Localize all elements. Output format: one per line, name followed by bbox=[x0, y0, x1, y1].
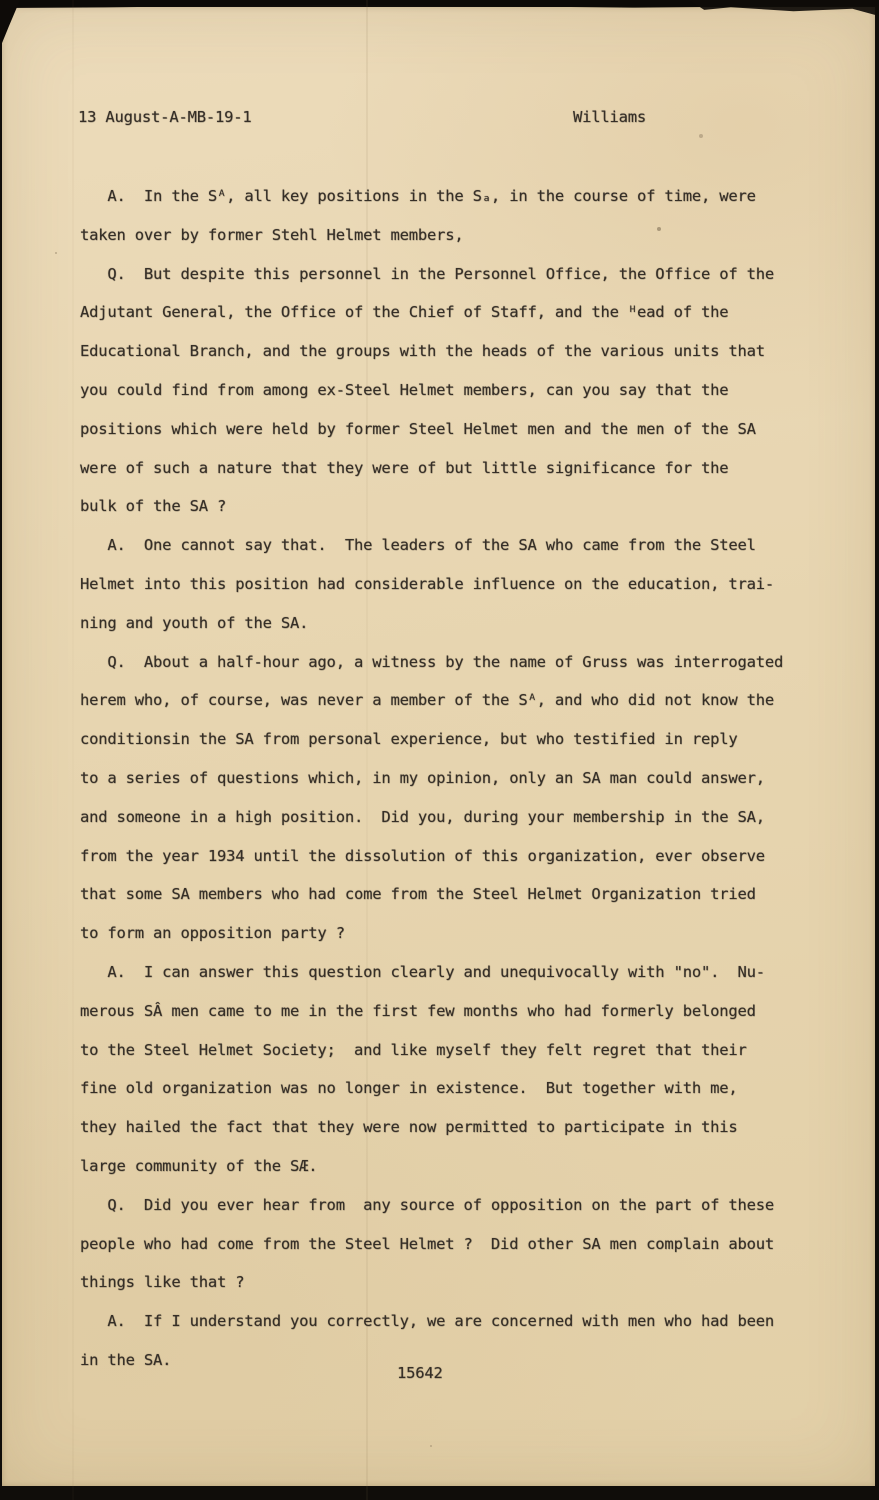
transcript-line: Q. About a half-hour ago, a witness by t… bbox=[80, 643, 820, 682]
transcript-line: A. I can answer this question clearly an… bbox=[80, 953, 820, 992]
transcript-line: and someone in a high position. Did you,… bbox=[80, 798, 820, 837]
reporter-name: Williams bbox=[573, 108, 646, 126]
transcript-line: bulk of the SA ? bbox=[80, 487, 820, 526]
transcript-line: from the year 1934 until the dissolution… bbox=[80, 837, 820, 876]
transcript-line: ning and youth of the SA. bbox=[80, 604, 820, 643]
transcript-line: A. One cannot say that. The leaders of t… bbox=[80, 526, 820, 565]
transcript-line: A. In the Sᴬ, all key positions in the S… bbox=[80, 177, 820, 216]
transcript-line: you could find from among ex-Steel Helme… bbox=[80, 371, 820, 410]
transcript-line: to form an opposition party ? bbox=[80, 914, 820, 953]
transcript-line: things like that ? bbox=[80, 1263, 820, 1302]
transcript-body: A. In the Sᴬ, all key positions in the S… bbox=[80, 177, 820, 1380]
transcript-line: that some SA members who had come from t… bbox=[80, 875, 820, 914]
transcript-line: A. If I understand you correctly, we are… bbox=[80, 1302, 820, 1341]
document-id-label: 13 August-A-MB-19-1 bbox=[78, 108, 252, 126]
transcript-line: were of such a nature that they were of … bbox=[80, 449, 820, 488]
transcript-line: Adjutant General, the Office of the Chie… bbox=[80, 293, 820, 332]
transcript-line: herem who, of course, was never a member… bbox=[80, 681, 820, 720]
transcript-line: Helmet into this position had considerab… bbox=[80, 565, 820, 604]
transcript-line: fine old organization was no longer in e… bbox=[80, 1069, 820, 1108]
transcript-line: Q. Did you ever hear from any source of … bbox=[80, 1186, 820, 1225]
transcript-line: to the Steel Helmet Society; and like my… bbox=[80, 1031, 820, 1070]
transcript-line: Q. But despite this personnel in the Per… bbox=[80, 255, 820, 294]
transcript-line: people who had come from the Steel Helme… bbox=[80, 1225, 820, 1264]
transcript-line: in the SA. bbox=[80, 1341, 820, 1380]
transcript-line: taken over by former Stehl Helmet member… bbox=[80, 216, 820, 255]
transcript-line: Educational Branch, and the groups with … bbox=[80, 332, 820, 371]
paper-crease bbox=[72, 0, 74, 1500]
transcript-line: they hailed the fact that they were now … bbox=[80, 1108, 820, 1147]
paper-specks bbox=[0, 0, 2, 2]
page-number: 15642 bbox=[397, 1364, 443, 1382]
transcript-line: merous SÂ men came to me in the first fe… bbox=[80, 992, 820, 1031]
transcript-line: large community of the SÆ. bbox=[80, 1147, 820, 1186]
transcript-line: to a series of questions which, in my op… bbox=[80, 759, 820, 798]
transcript-line: positions which were held by former Stee… bbox=[80, 410, 820, 449]
transcript-line: conditionsin the SA from personal experi… bbox=[80, 720, 820, 759]
